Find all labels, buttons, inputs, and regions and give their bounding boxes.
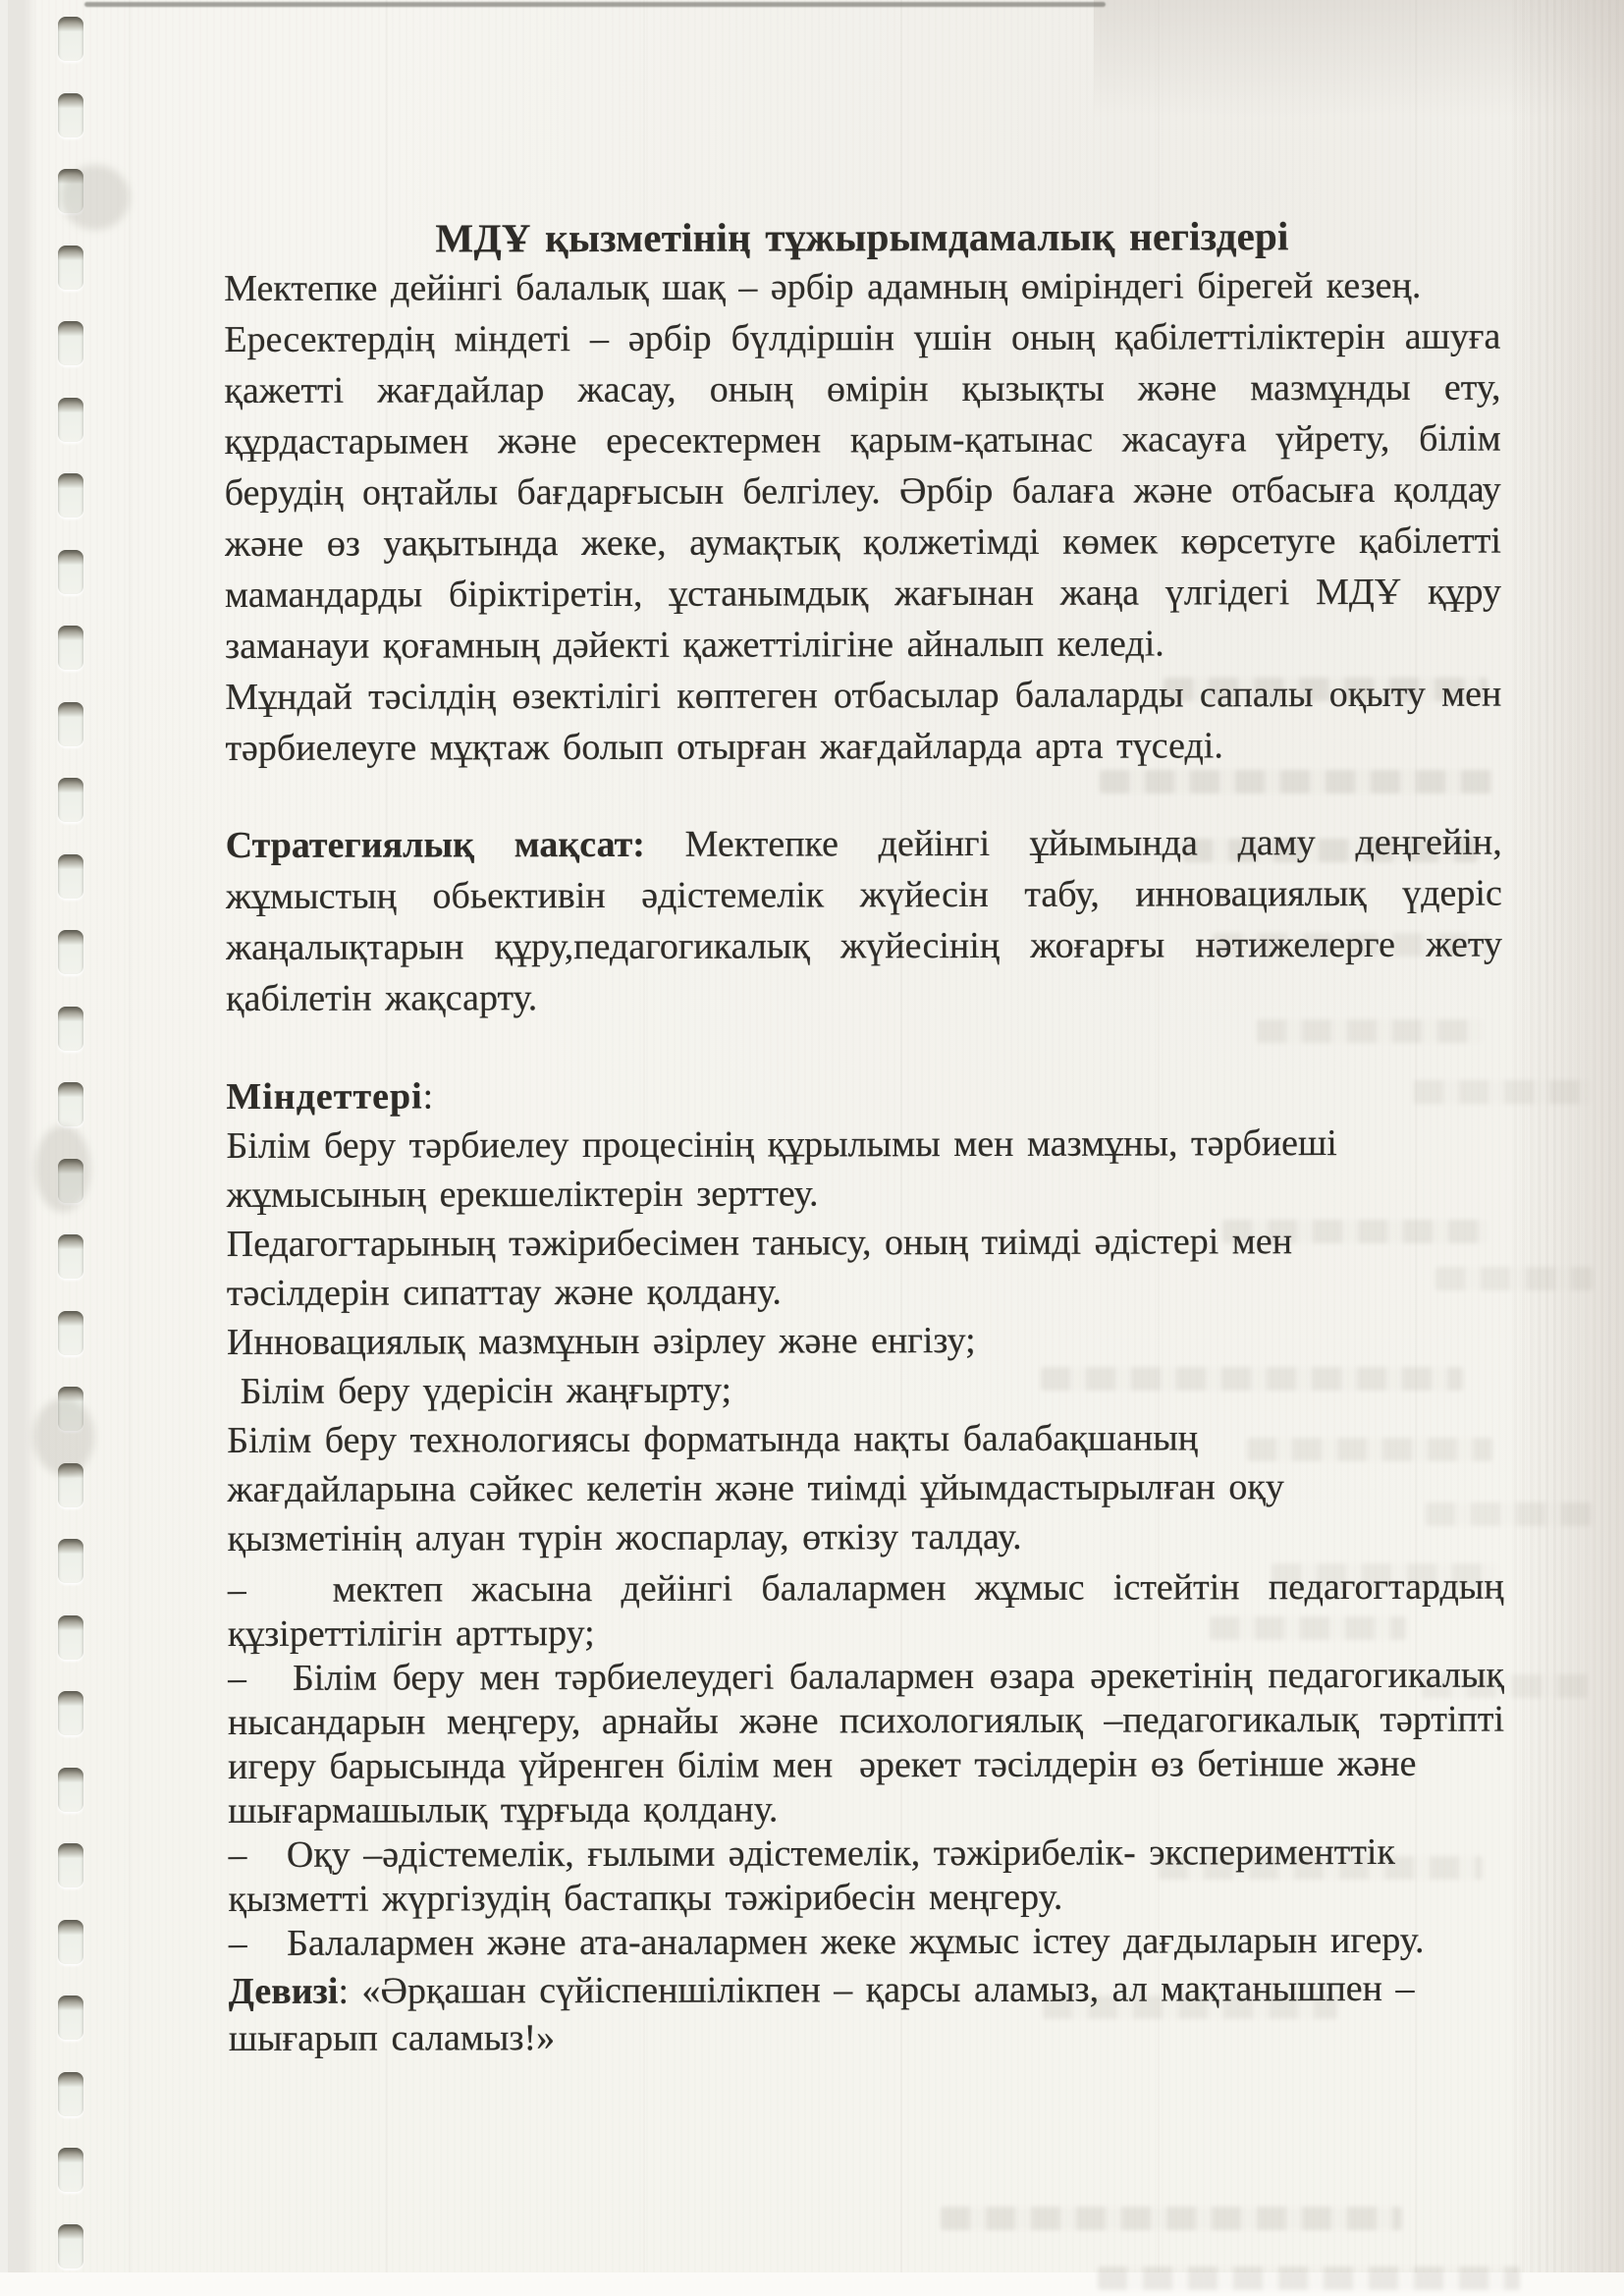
binding-hole [58, 2072, 83, 2116]
paragraph-line: берудің оңтайлы бағдарғысын белгілеу. Әр… [225, 465, 1501, 519]
bleed-through-mark [1098, 2267, 1520, 2290]
binding-hole [58, 1920, 83, 1964]
objective-line: игеру барысында үйренген білім мен әреке… [228, 1742, 1504, 1789]
binding-hole [58, 1768, 83, 1812]
binding-hole [58, 1007, 83, 1051]
binding-hole [58, 473, 83, 518]
task-line: тәсілдерін сипаттау және қолдану. [227, 1266, 1503, 1318]
binding-hole [58, 1082, 83, 1126]
objective-line: – мектеп жасына дейінгі балалармен жұмыс… [228, 1565, 1504, 1613]
paragraph-line: және өз уақытында жеке, аумақтық қолжеті… [225, 516, 1501, 570]
binding-hole [58, 778, 83, 822]
binding-hole [58, 1311, 83, 1355]
objective-line: қызметті жүргізудің бастапқы тәжірибесін… [228, 1875, 1504, 1922]
task-line: жағдайларына сәйкес келетін және тиімді … [227, 1462, 1503, 1514]
motto-text: : «Әрқашан сүйіспеншілікпен – қарсы алам… [338, 1968, 1414, 2012]
paragraph-line: мамандарды біріктіретін, ұстанымдық жағы… [225, 567, 1501, 621]
paragraph-line: қажетті жағдайлар жасау, оның өмірін қыз… [224, 362, 1500, 416]
paragraph-line: Мұндай тәсілдің өзектілігі көптеген отба… [225, 669, 1501, 723]
tasks-heading-label: Міндеттері [226, 1075, 422, 1118]
binding-hole [58, 1691, 83, 1735]
objective-line: құзіреттілігін арттыру; [228, 1610, 1504, 1657]
paragraph-line: құрдастарымен және ересектермен қарым-қа… [225, 413, 1501, 467]
paragraph-line: қабілетін жақсарту. [226, 970, 1502, 1024]
intro-paragraph: Мектепке дейінгі балалық шақ – әрбір ада… [224, 260, 1501, 774]
task-line: Білім беру тәрбиелеу процесінің құрылымы… [226, 1119, 1502, 1171]
task-line: Инновациялық мазмұнын әзірлеу және енгіз… [227, 1315, 1503, 1367]
binding-hole [58, 626, 83, 670]
binding-hole [58, 1539, 83, 1583]
paragraph-line: Стратегиялық мақсат: Мектепке дейінгі ұй… [226, 817, 1502, 871]
binding-hole [58, 93, 83, 137]
binding-hole [58, 1995, 83, 2040]
pencil-smudge [35, 1125, 90, 1212]
binding-hole [58, 398, 83, 442]
paragraph-line: жаңалықтарын құру,педагогикалық жүйесіні… [226, 919, 1502, 973]
tasks-section: Міндеттері: Білім беру тәрбиелеу процесі… [226, 1069, 1503, 1563]
objective-line: – Білім беру мен тәрбиелеудегі балаларме… [228, 1654, 1504, 1701]
strategic-goal-paragraph: Стратегиялық мақсат: Мектепке дейінгі ұй… [226, 817, 1503, 1024]
motto: Девизі: «Әрқашан сүйіспеншілікпен – қарс… [229, 1965, 1505, 2062]
document-text: МДҰ қызметінің тұжырымдамалық негіздері … [224, 211, 1505, 2062]
motto-line: шығарып саламыз!» [229, 2012, 1505, 2062]
binding-hole [58, 1615, 83, 1660]
task-line: жұмысының ерекшеліктерін зерттеу. [227, 1168, 1503, 1220]
task-line: Білім беру технологиясы форматында нақты… [227, 1413, 1503, 1465]
objective-line: нысандарын меңгеру, арнайы және психолог… [228, 1698, 1504, 1745]
page-title: МДҰ қызметінің тұжырымдамалық негіздері [224, 211, 1500, 263]
pencil-smudge [33, 1398, 94, 1475]
pencil-smudge [61, 165, 130, 230]
task-line: Педагогтарының тәжірибесімен танысу, оны… [227, 1217, 1503, 1269]
objective-line: – Балалармен және ата-аналармен жеке жұм… [229, 1919, 1505, 1966]
objective-line: – Оқу –әдістемелік, ғылыми әдістемелік, … [228, 1831, 1504, 1878]
paragraph-text: Мектепке дейінгі ұйымында даму деңгейін, [645, 822, 1502, 865]
paragraph-line: Ересектердің міндеті – әрбір бүлдіршін ү… [224, 311, 1500, 365]
paragraph-line: тәрбиелеуге мұқтаж болып отырған жағдайл… [225, 720, 1501, 774]
motto-label: Девизі [229, 1971, 339, 2012]
binding-hole [58, 550, 83, 594]
binding-hole [58, 2148, 83, 2192]
objective-line: шығармашылық тұрғыда қолдану. [228, 1786, 1504, 1833]
binding-hole [58, 930, 83, 974]
bleed-through-mark [941, 2207, 1402, 2230]
binding-hole [58, 1843, 83, 1887]
binding-hole [58, 2224, 83, 2269]
paragraph-line: Мектепке дейінгі балалық шақ – әрбір ада… [224, 260, 1500, 314]
strategic-goal-label: Стратегиялық мақсат: [226, 824, 645, 866]
binding-hole [58, 1234, 83, 1279]
binding-hole [58, 246, 83, 290]
task-line: Білім беру үдерісін жаңғырту; [227, 1364, 1503, 1416]
scan-left-edge [0, 0, 37, 2296]
motto-line: Девизі: «Әрқашан сүйіспеншілікпен – қарс… [229, 1965, 1505, 2015]
scan-right-edge-band [1514, 0, 1624, 2296]
scanned-document-page: МДҰ қызметінің тұжырымдамалық негіздері … [0, 0, 1624, 2296]
paragraph-line: жұмыстың обьективін әдістемелік жүйесін … [226, 868, 1502, 922]
binding-hole [58, 17, 83, 61]
objectives-list: – мектеп жасына дейінгі балалармен жұмыс… [228, 1565, 1505, 1966]
tasks-heading: Міндеттері: [226, 1069, 1502, 1121]
paragraph-line: заманауи қоғамның дәйекті қажеттілігіне … [225, 618, 1501, 672]
binding-hole [58, 321, 83, 365]
scan-top-edge-line [84, 2, 1106, 7]
binding-hole [58, 702, 83, 746]
task-line: қызметінің алуан түрін жоспарлау, өткізу… [227, 1511, 1503, 1563]
binding-hole [58, 854, 83, 899]
tasks-heading-colon: : [423, 1075, 434, 1117]
